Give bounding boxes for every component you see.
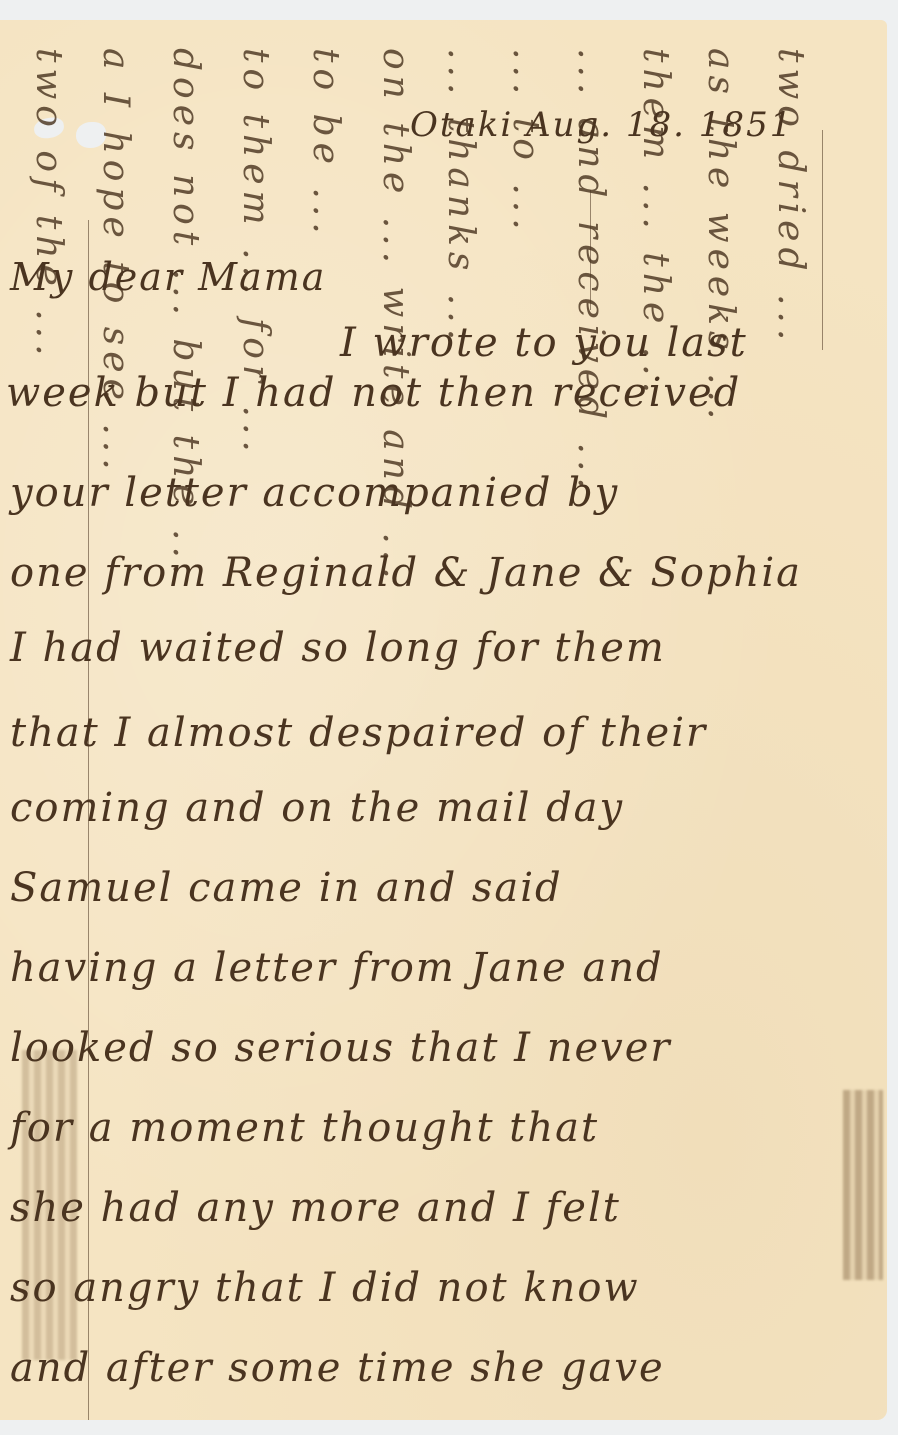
letter-page: two of the ... a I hope to see ... does … [0,20,887,1420]
letter-line: she had any more and I felt [10,1185,621,1231]
letter-line: your letter accompanied by [10,470,619,516]
ruled-line [822,130,823,350]
letter-line: so angry that I did not know [10,1265,640,1311]
letter-line: Samuel came in and said [10,865,563,911]
letter-line: I wrote to you last [340,320,748,366]
letter-line: that I almost despaired of their [10,710,707,756]
ruled-line [590,190,591,310]
letter-line: having a letter from Jane and [10,945,664,991]
letter-line: and after some time she gave [10,1345,665,1391]
letter-line: I had waited so long for them [10,625,666,671]
letter-line: for a moment thought that [10,1105,599,1151]
letter-line: looked so serious that I never [10,1025,672,1071]
letter-line: coming and on the mail day [10,785,624,831]
salutation: My dear Mama [10,255,326,299]
ink-stain [843,1090,883,1280]
place-date: Otaki Aug. 18. 1851 [410,105,793,145]
letter-line: one from Reginald & Jane & Sophia [10,550,802,596]
cross-line: two dried ... [770,48,811,1418]
letter-line: week but I had not then received [6,370,741,416]
